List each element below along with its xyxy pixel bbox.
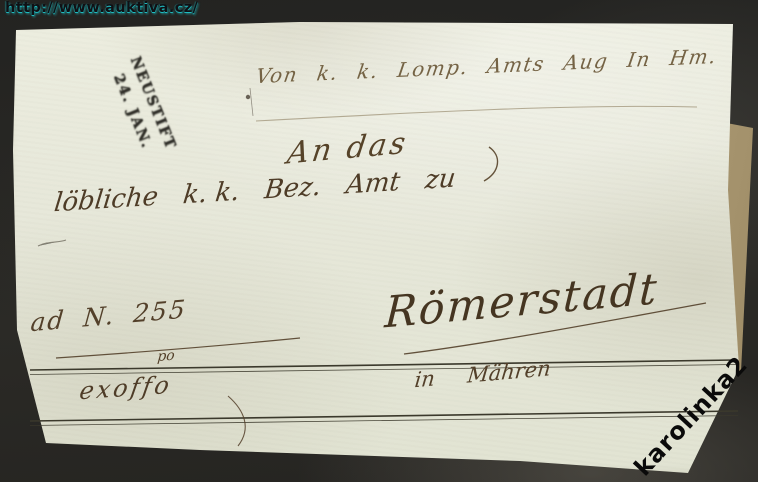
address-word-kk: k. k. bbox=[181, 177, 241, 211]
auction-photo: NEUSTIFT 24. JAN. Von k. k. Lomp. Amts A… bbox=[0, 0, 758, 482]
address-word-bez: Bez. bbox=[263, 172, 323, 206]
auction-url-watermark: http://www.auktiva.cz/ bbox=[5, 0, 198, 16]
address-word-zu: zu bbox=[423, 163, 457, 195]
reference-fraction: po bbox=[157, 347, 176, 365]
address-word-amt: Amt bbox=[344, 167, 401, 201]
